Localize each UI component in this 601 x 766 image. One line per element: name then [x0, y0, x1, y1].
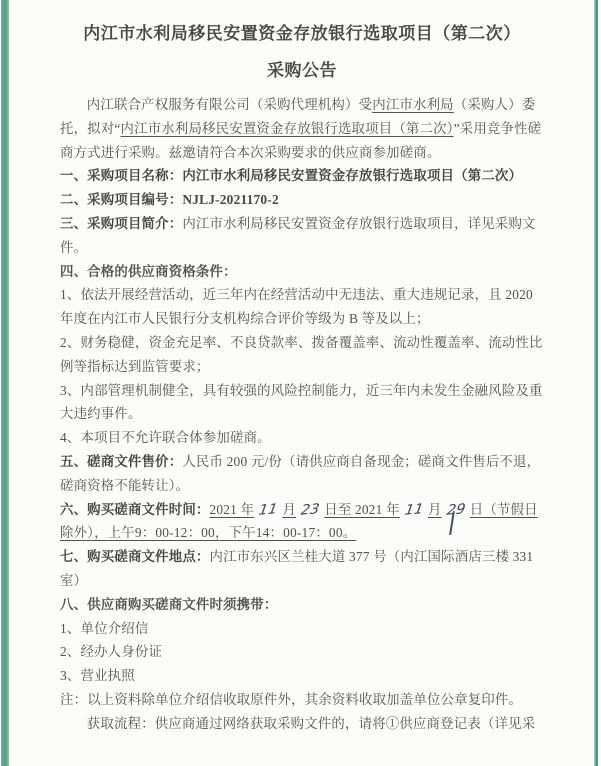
- time-text-3: 日至 2021 年: [324, 502, 399, 517]
- scan-edge-right: [594, 0, 598, 766]
- document-title: 内江市水利局移民安置资金存放银行选取项目（第二次）: [60, 22, 544, 46]
- item6-label: 六、购买磋商文件时间：: [60, 502, 210, 517]
- item-project-brief: 三、采购项目简介：内江市水利局移民安置资金存放银行选取项目，详见采购文件。: [60, 212, 544, 260]
- project-name-underlined: 内江市水利局移民安置资金存放银行选取项目（第二次）: [121, 121, 454, 136]
- scan-edge-left: [1, 0, 9, 766]
- buyer-name-underlined: 内江市水利局: [372, 97, 454, 112]
- time-text-2: 月: [282, 502, 296, 517]
- note-line: 注：以上资料除单位介绍信收取原件外，其余资料收取加盖单位公章复印件。: [60, 688, 544, 712]
- handwritten-month-2: 11: [398, 501, 429, 517]
- item-project-name: 一、采购项目名称：内江市水利局移民安置资金存放银行选取项目（第二次）: [60, 164, 544, 188]
- footer-process-line: 获取流程：供应商通过网络获取采购文件的，请将①供应商登记表（详见采: [60, 712, 544, 736]
- document-paper: 内江市水利局移民安置资金存放银行选取项目（第二次） 采购公告 内江联合产权服务有…: [9, 0, 594, 766]
- item-purchase-place: 七、购买磋商文件地点：内江市东兴区兰桂大道 377 号（内江国际酒店三楼 331…: [60, 545, 544, 593]
- time-text-4: 月: [428, 502, 442, 517]
- required-document-1: 1、单位介绍信: [60, 617, 544, 641]
- document-body: 内江联合产权服务有限公司（采购代理机构）受内江市水利局（采购人）委托，拟对“内江…: [60, 93, 544, 736]
- intro-text-1: 内江联合产权服务有限公司（采购代理机构）受: [87, 97, 372, 112]
- note-text: 以上资料除单位介绍信收取原件外，其余资料收取加盖单位公章复印件。: [87, 692, 522, 707]
- qualification-sub-3: 3、内部管理机制健全，具有较强的风险控制能力，近三年内未发生金融风险及重大违约事…: [60, 379, 544, 427]
- qualification-sub-2: 2、财务稳健，资金充足率、不良贷款率、拨备覆盖率、流动性覆盖率、流动性比例等指标…: [60, 331, 544, 379]
- document-subtitle: 采购公告: [60, 59, 544, 83]
- item-qualification-header: 四、合格的供应商资格条件：: [60, 260, 544, 284]
- note-label: 注：: [60, 692, 87, 707]
- item-document-price: 五、磋商文件售价：人民币 200 元/份（请供应商自备现金；磋商文件售后不退，磋…: [60, 450, 544, 498]
- qualification-sub-1: 1、依法开展经营活动，近三年内在经营活动中无违法、重大违规记录，且 2020 年…: [60, 283, 544, 331]
- required-document-2: 2、经办人身份证: [60, 640, 544, 664]
- item2-label: 二、采购项目编号：: [60, 192, 182, 207]
- item7-label: 七、购买磋商文件地点：: [60, 549, 210, 564]
- intro-paragraph: 内江联合产权服务有限公司（采购代理机构）受内江市水利局（采购人）委托，拟对“内江…: [60, 93, 544, 164]
- handwritten-month-1: 11: [253, 501, 284, 517]
- time-text-1: 2021 年: [210, 502, 255, 517]
- handwritten-day-2-wrap: 29: [442, 498, 470, 522]
- handwritten-day-2: 29: [440, 501, 471, 517]
- item1-label: 一、采购项目名称：: [60, 168, 182, 183]
- item-project-number: 二、采购项目编号：NJLJ-2021170-2: [60, 188, 544, 212]
- item3-label: 三、采购项目简介：: [60, 216, 182, 231]
- item-required-documents-header: 八、供应商购买磋商文件时须携带：: [60, 593, 544, 617]
- item-purchase-time: 六、购买磋商文件时间：2021 年11月23日至 2021 年11月29日（节假…: [60, 498, 544, 546]
- qualification-sub-4: 4、本项目不允许联合体参加磋商。: [60, 426, 544, 450]
- handwritten-day-1: 23: [295, 501, 326, 517]
- item2-value: NJLJ-2021170-2: [182, 192, 279, 207]
- item1-value: 内江市水利局移民安置资金存放银行选取项目（第二次）: [182, 168, 522, 183]
- item5-label: 五、磋商文件售价：: [60, 454, 182, 469]
- scanned-document-page: 内江市水利局移民安置资金存放银行选取项目（第二次） 采购公告 内江联合产权服务有…: [0, 0, 601, 766]
- required-document-3: 3、营业执照: [60, 664, 544, 688]
